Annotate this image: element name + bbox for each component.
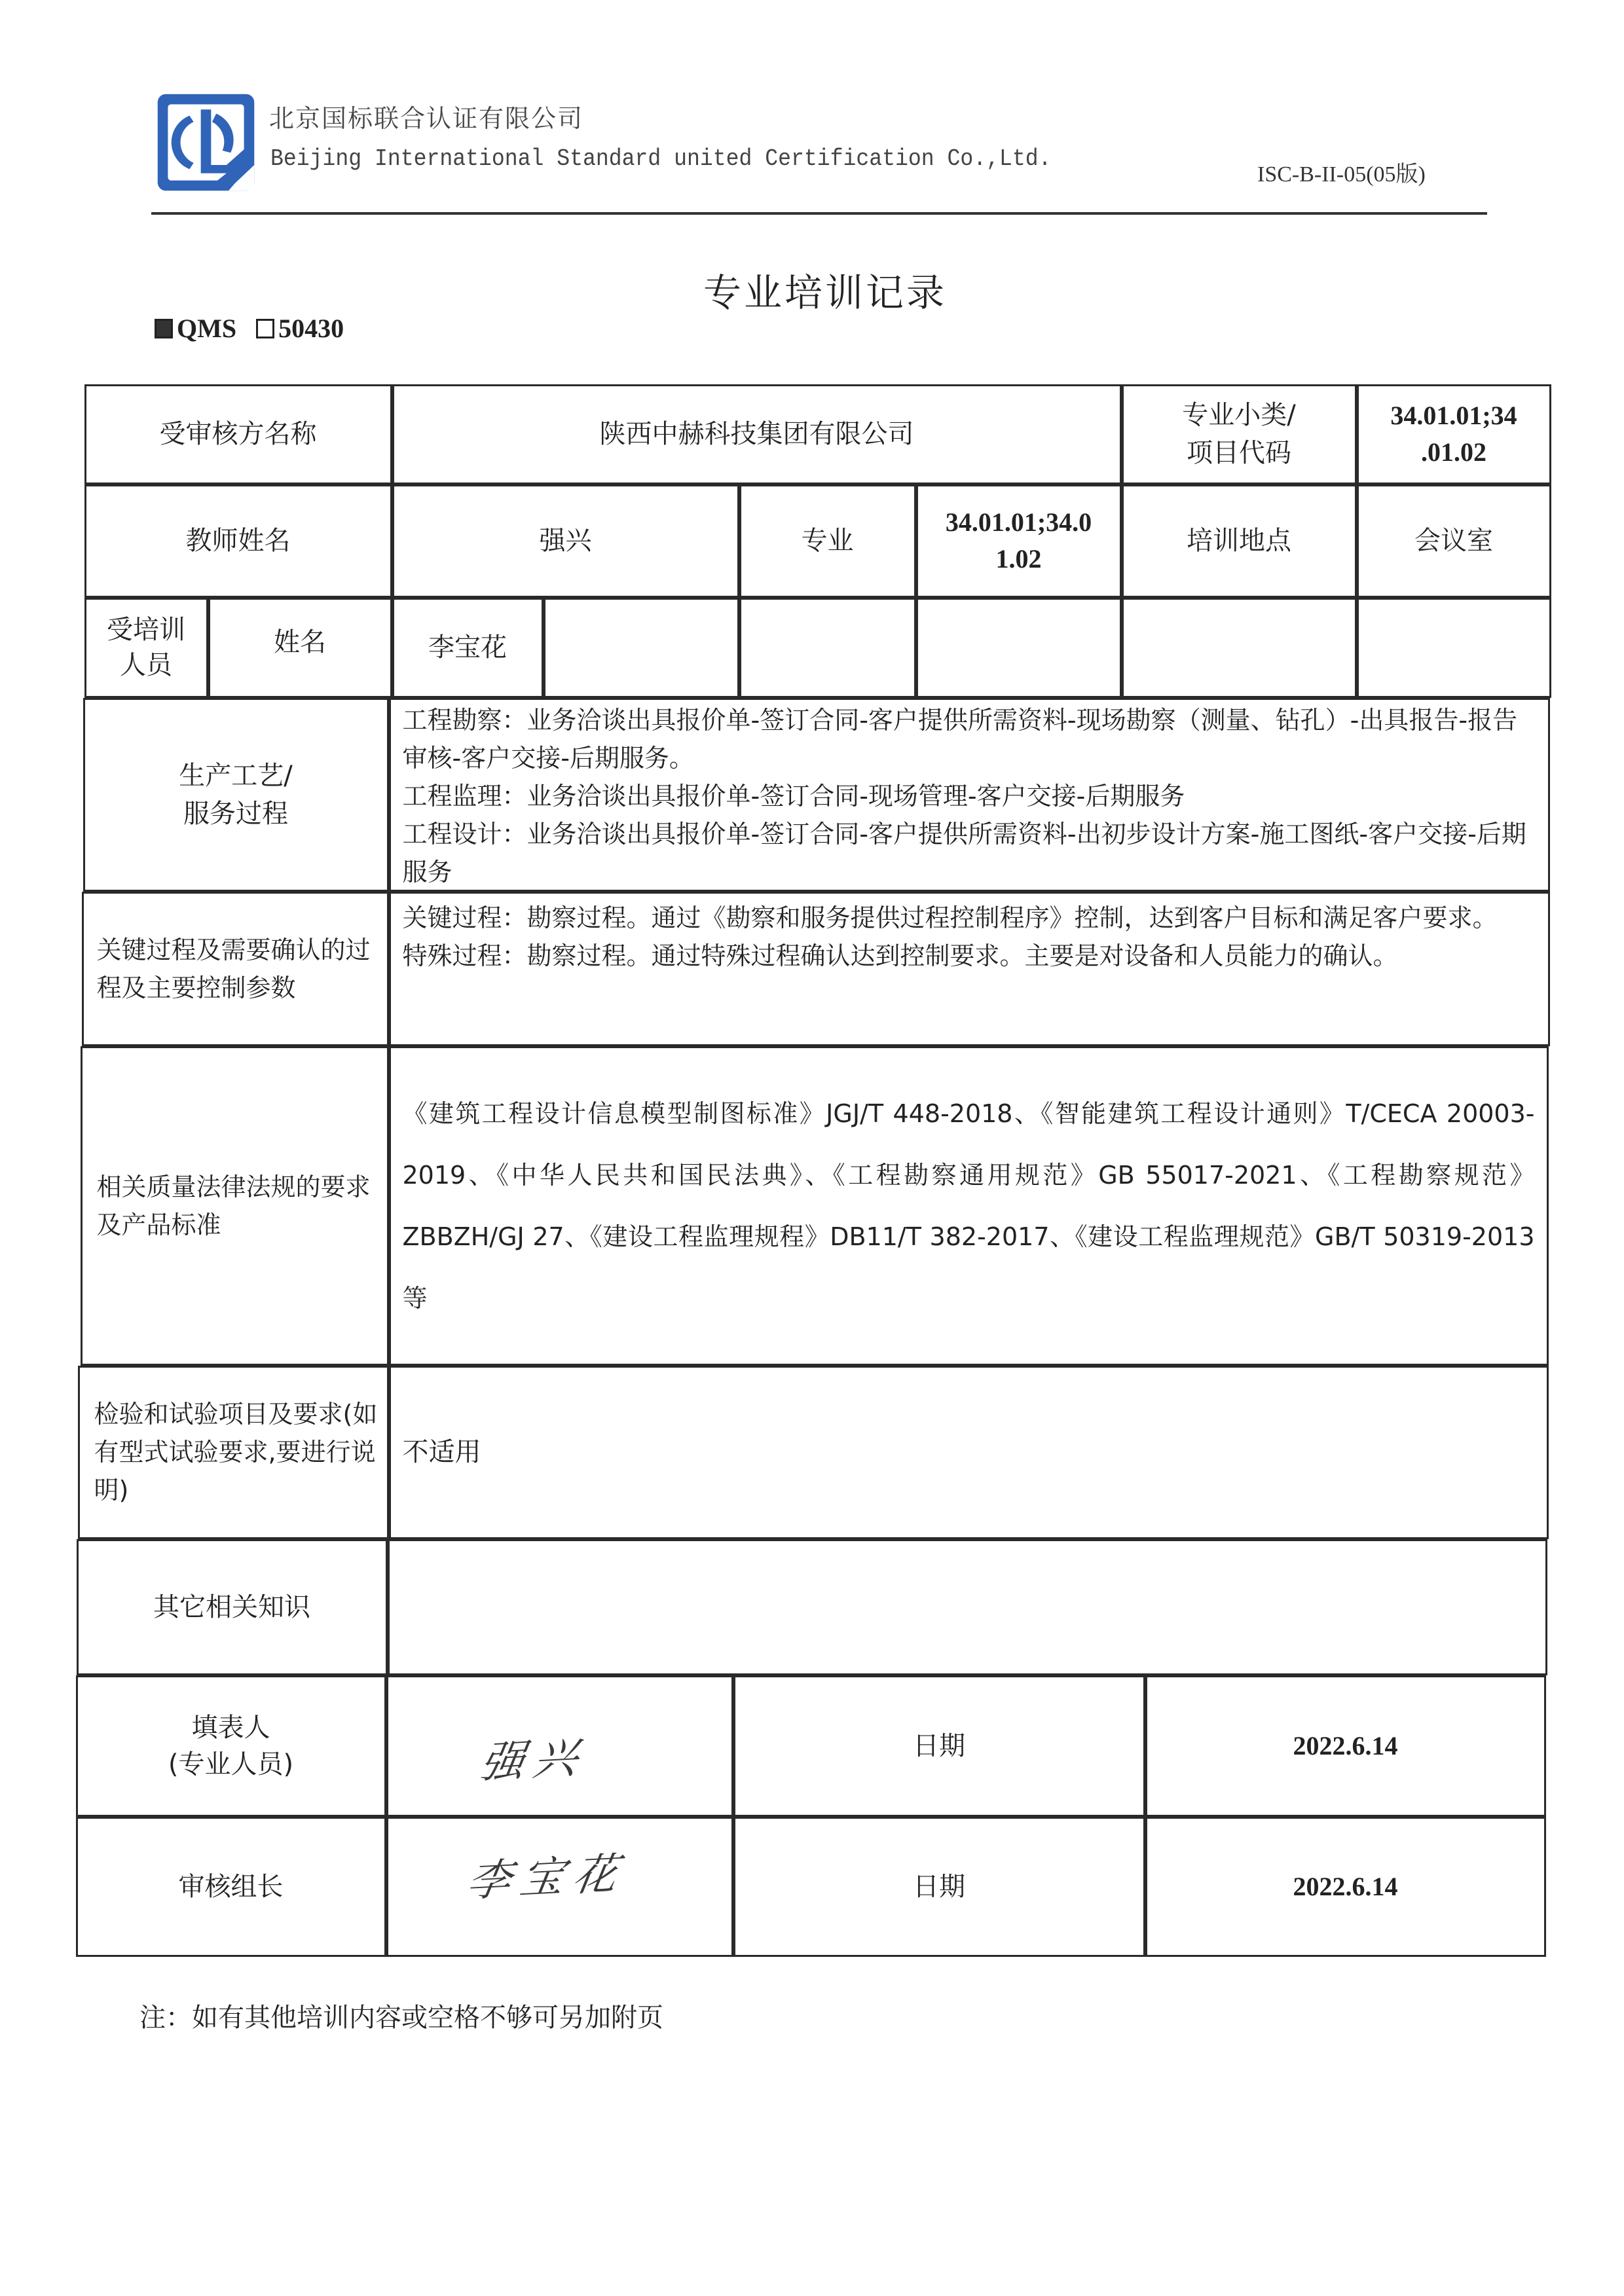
trainee-name-label: 姓名 xyxy=(274,623,326,661)
category-value: 34.01.01;34 .01.02 xyxy=(1390,397,1517,471)
category-label: 专业小类/ 项目代码 xyxy=(1182,396,1295,472)
standards-text: 《建筑工程设计信息模型制图标准》JGJ/T 448-2018、《智能建筑工程设计… xyxy=(403,1083,1535,1329)
document-code: ISC-B-II-05(05版) xyxy=(1257,156,1426,188)
location-label-cell: 培训地点 xyxy=(1122,484,1357,598)
process-label-cell: 生产工艺/ 服务过程 xyxy=(83,698,389,892)
inspection-label-cell: 检验和试验项目及要求(如有型式试验要求,要进行说明) xyxy=(78,1366,389,1539)
inspection-label: 检验和试验项目及要求(如有型式试验要求,要进行说明) xyxy=(94,1395,380,1509)
key-process-line: 关键过程：勘察过程。通过《勘察和服务提供过程控制程序》控制，达到客户目标和满足客… xyxy=(403,899,1498,937)
standards-label-cell: 相关质量法律法规的要求及产品标准 xyxy=(81,1046,389,1366)
key-process-label-cell: 关键过程及需要确认的过程及主要控制参数 xyxy=(82,892,389,1046)
qms-label: QMS xyxy=(177,313,236,344)
specialty-value: 34.01.01;34.0 1.02 xyxy=(946,504,1092,577)
inspection-value: 不适用 xyxy=(403,1433,481,1471)
leader-signature-cell[interactable]: 李宝花 xyxy=(386,1817,733,1957)
process-line: 工程设计：业务洽谈出具报价单-签订合同-客户提供所需资料-出初步设计方案-施工图… xyxy=(403,815,1536,891)
leader-signature: 李宝花 xyxy=(464,1854,629,1900)
process-text: 工程勘察：业务洽谈出具报价单-签订合同-客户提供所需资料-现场勘察（测量、钻孔）… xyxy=(403,701,1536,891)
trainee-name-label-cell: 姓名 xyxy=(208,598,392,698)
50430-label: 50430 xyxy=(278,313,344,344)
qms-checkbox[interactable] xyxy=(155,319,173,338)
process-value-cell: 工程勘察：业务洽谈出具报价单-签订合同-客户提供所需资料-现场勘察（测量、钻孔）… xyxy=(389,698,1550,892)
leader-date-cell: 2022.6.14 xyxy=(1145,1817,1546,1957)
filler-date-cell: 2022.6.14 xyxy=(1145,1675,1546,1817)
standards-value-cell: 《建筑工程设计信息模型制图标准》JGJ/T 448-2018、《智能建筑工程设计… xyxy=(389,1046,1549,1366)
auditee-label-cell: 受审核方名称 xyxy=(84,384,392,484)
logo-icon xyxy=(155,91,257,194)
key-process-text: 关键过程：勘察过程。通过《勘察和服务提供过程控制程序》控制，达到客户目标和满足客… xyxy=(403,899,1498,975)
trainee-cell: 李宝花 xyxy=(392,598,544,698)
trainee-cell xyxy=(916,598,1122,698)
specialty-label-cell: 专业 xyxy=(739,484,916,598)
leader-date-label-cell: 日期 xyxy=(733,1817,1145,1957)
category-value-cell: 34.01.01;34 .01.02 xyxy=(1357,384,1551,484)
auditee-value: 陕西中赫科技集团有限公司 xyxy=(600,415,914,453)
auditee-label: 受审核方名称 xyxy=(160,415,317,453)
page-title: 专业培训记录 xyxy=(0,262,1624,317)
trainee-label: 受培训 人员 xyxy=(107,612,185,683)
filler-label-cell: 填表人 (专业人员) xyxy=(76,1675,386,1817)
other-value-cell xyxy=(388,1539,1547,1675)
trainee-name: 李宝花 xyxy=(428,629,507,666)
leader-label-cell: 审核组长 xyxy=(76,1817,386,1957)
system-options: QMS 50430 xyxy=(155,313,344,344)
company-name-en: Beijing International Standard united Ce… xyxy=(270,145,1052,172)
standards-label: 相关质量法律法规的要求及产品标准 xyxy=(97,1168,380,1244)
process-line: 工程监理：业务洽谈出具报价单-签订合同-现场管理-客户交接-后期服务 xyxy=(403,777,1536,815)
filler-date-label: 日期 xyxy=(913,1727,965,1765)
filler-signature: 强兴 xyxy=(477,1738,589,1781)
trainee-cell xyxy=(1122,598,1357,698)
specialty-value-cell: 34.01.01;34.0 1.02 xyxy=(916,484,1122,598)
50430-checkbox[interactable] xyxy=(256,319,274,338)
teacher-value: 强兴 xyxy=(540,522,592,560)
location-value-cell: 会议室 xyxy=(1357,484,1551,598)
key-process-line: 特殊过程：勘察过程。通过特殊过程确认达到控制要求。主要是对设备和人员能力的确认。 xyxy=(403,937,1498,975)
filler-label: 填表人 (专业人员) xyxy=(168,1709,293,1783)
process-label: 生产工艺/ 服务过程 xyxy=(179,757,292,833)
filler-date: 2022.6.14 xyxy=(1293,1728,1398,1764)
header-divider xyxy=(151,212,1487,215)
teacher-value-cell: 强兴 xyxy=(392,484,739,598)
location-label: 培训地点 xyxy=(1187,522,1291,560)
key-process-label: 关键过程及需要确认的过程及主要控制参数 xyxy=(97,931,380,1007)
footnote: 注：如有其他培训内容或空格不够可另加附页 xyxy=(139,1997,663,2034)
teacher-label-cell: 教师姓名 xyxy=(84,484,392,598)
leader-label: 审核组长 xyxy=(179,1868,284,1906)
auditee-value-cell: 陕西中赫科技集团有限公司 xyxy=(392,384,1122,484)
trainee-cell xyxy=(544,598,739,698)
key-process-value-cell: 关键过程：勘察过程。通过《勘察和服务提供过程控制程序》控制，达到客户目标和满足客… xyxy=(389,892,1550,1046)
other-label-cell: 其它相关知识 xyxy=(77,1539,388,1675)
company-logo xyxy=(155,91,257,194)
trainee-label-cell: 受培训 人员 xyxy=(84,598,208,698)
leader-date: 2022.6.14 xyxy=(1293,1868,1398,1905)
trainee-cell xyxy=(1357,598,1551,698)
location-value: 会议室 xyxy=(1414,522,1493,560)
other-label: 其它相关知识 xyxy=(153,1588,310,1626)
teacher-label: 教师姓名 xyxy=(186,522,291,560)
company-name-cn: 北京国标联合认证有限公司 xyxy=(269,98,583,134)
trainee-cell xyxy=(739,598,916,698)
category-label-cell: 专业小类/ 项目代码 xyxy=(1122,384,1357,484)
leader-date-label: 日期 xyxy=(913,1868,965,1906)
filler-date-label-cell: 日期 xyxy=(733,1675,1145,1817)
inspection-value-cell: 不适用 xyxy=(389,1366,1549,1539)
filler-signature-cell[interactable]: 强兴 xyxy=(386,1675,733,1817)
specialty-label: 专业 xyxy=(802,522,854,560)
process-line: 工程勘察：业务洽谈出具报价单-签订合同-客户提供所需资料-现场勘察（测量、钻孔）… xyxy=(403,701,1536,777)
